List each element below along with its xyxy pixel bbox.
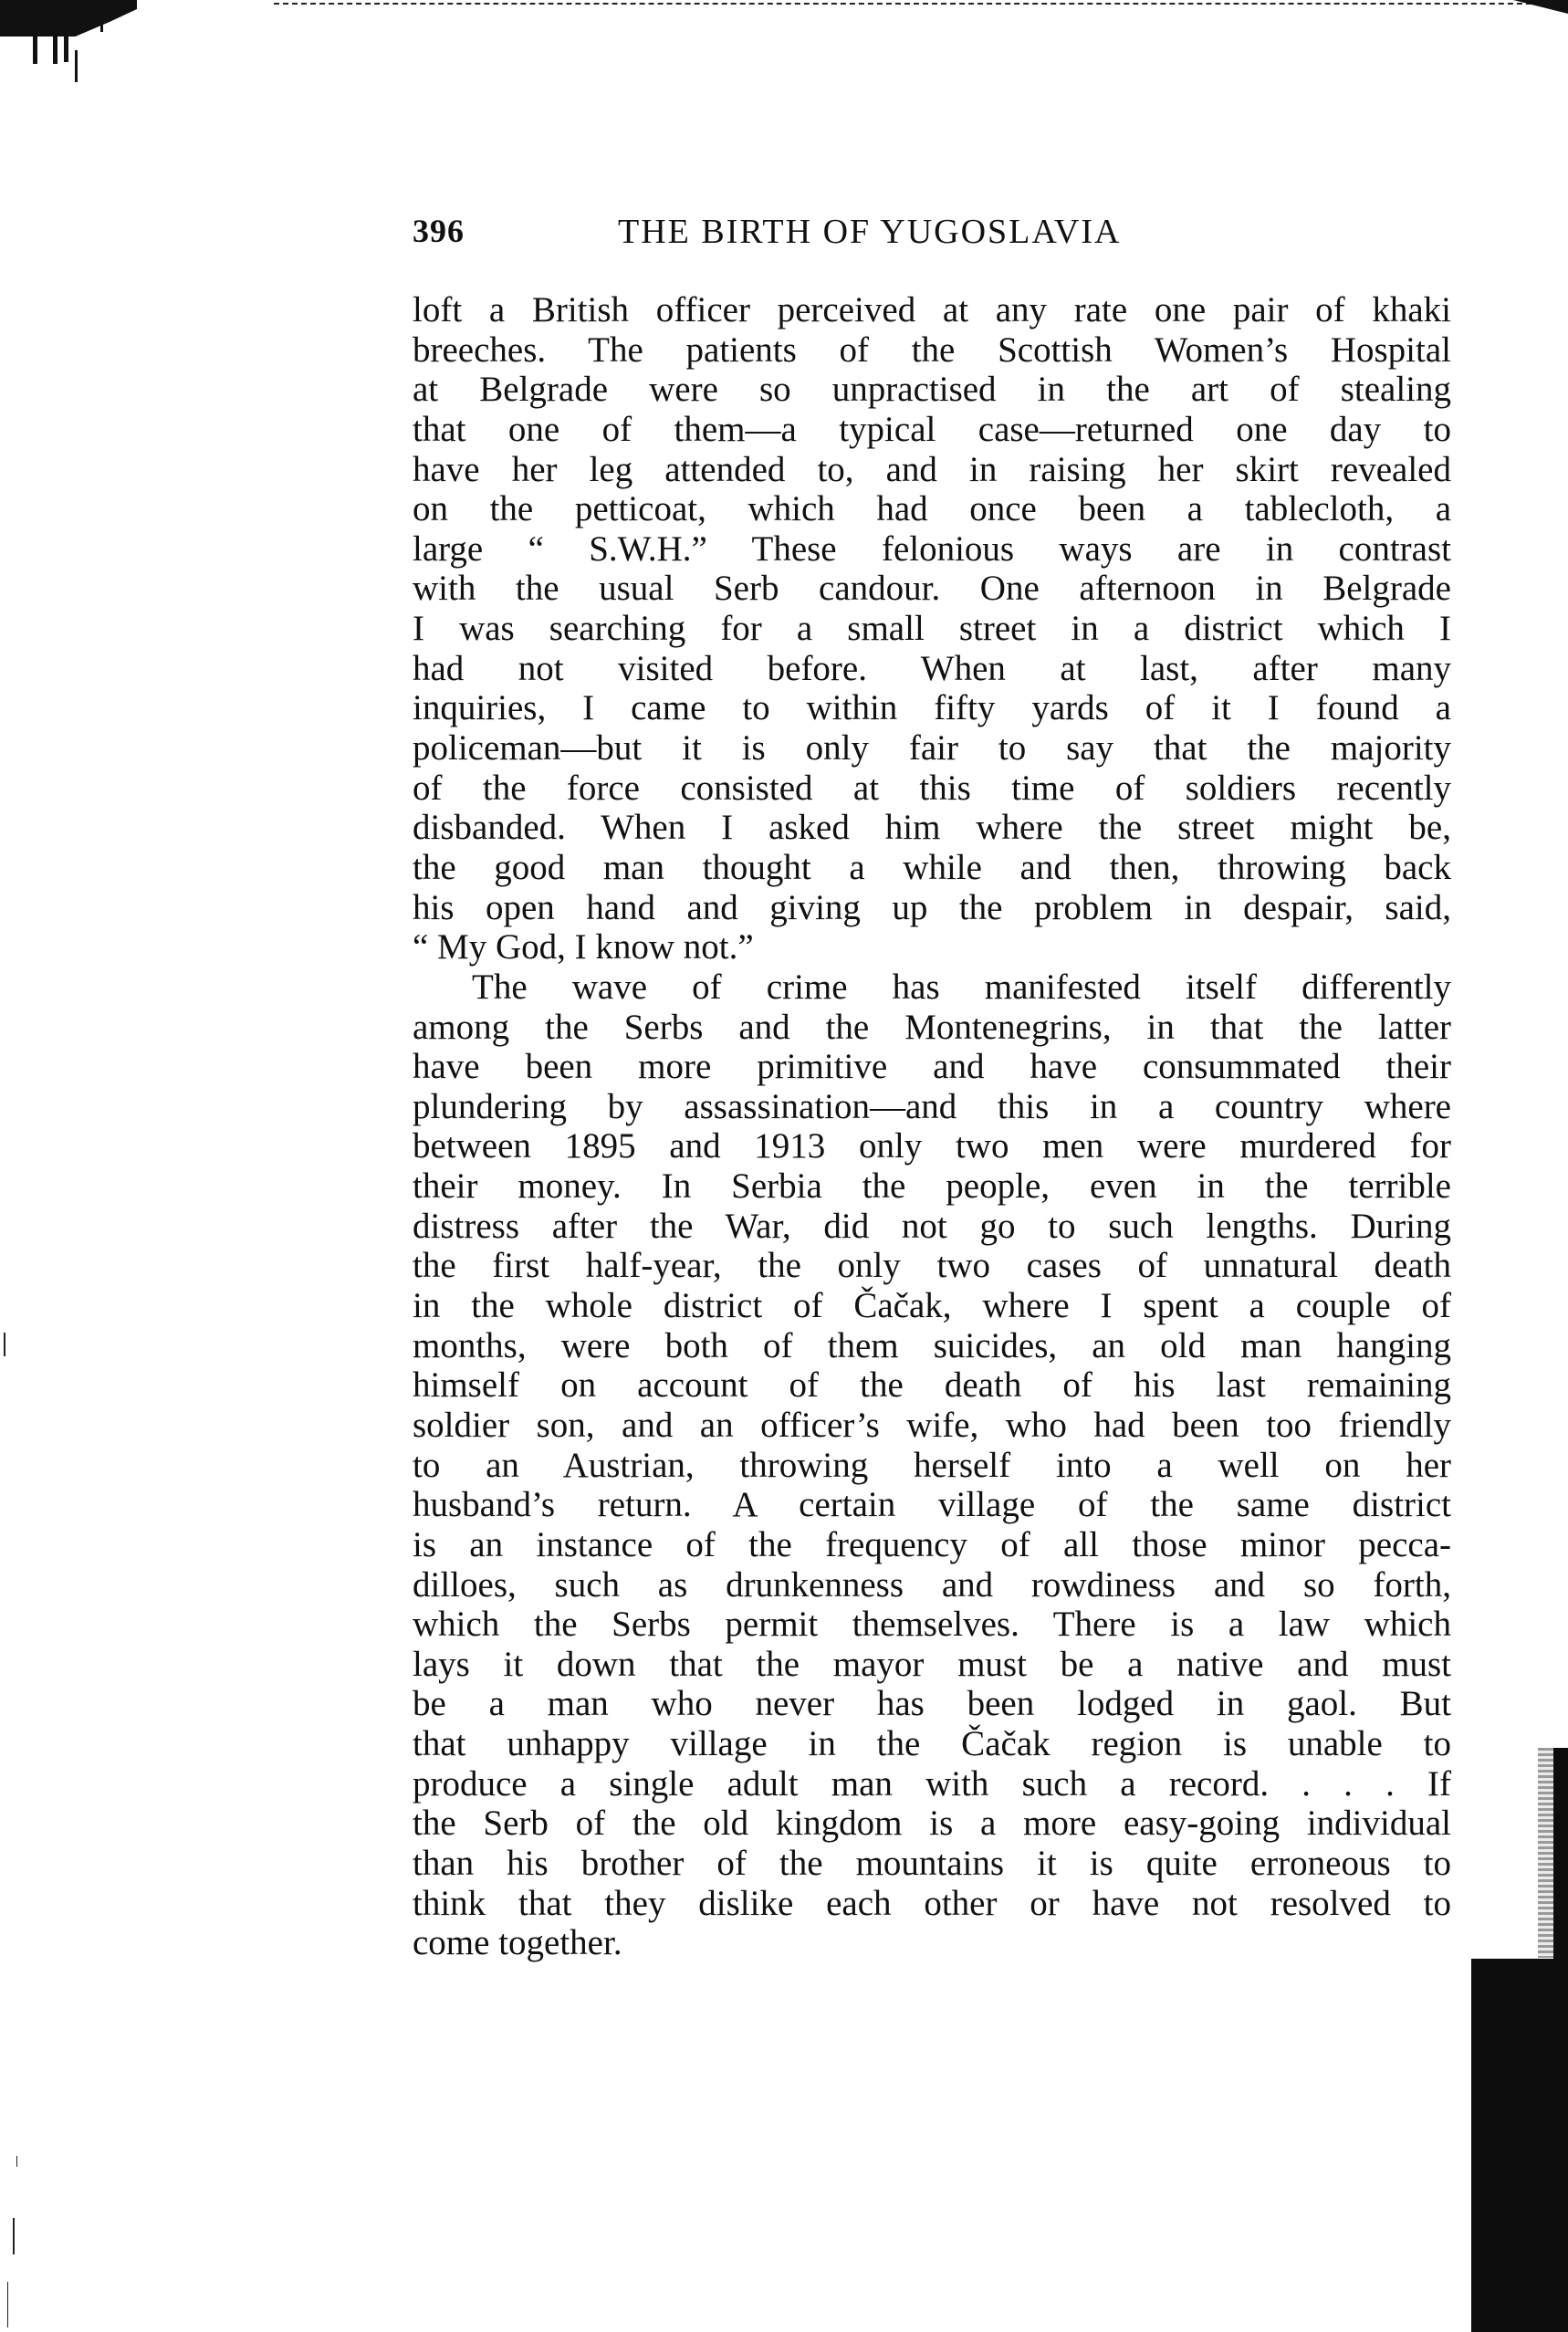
text-line: disbanded. When I asked him where the st… xyxy=(413,808,1451,848)
text-line: at Belgrade were so unpractised in the a… xyxy=(413,370,1451,410)
paragraph: The wave of crime has manifested itself … xyxy=(413,967,1451,1963)
text-line: large “ S.W.H.” These felonious ways are… xyxy=(413,529,1451,570)
text-line: loft a British officer perceived at any … xyxy=(413,290,1451,330)
scan-margin-mark xyxy=(13,2218,15,2254)
text-line: dilloes, such as drunkenness and rowdine… xyxy=(413,1565,1451,1605)
scan-top-border xyxy=(274,3,1568,5)
scan-corner-shadow xyxy=(0,0,137,37)
text-line: be a man who never has been lodged in ga… xyxy=(413,1684,1451,1724)
text-line: of the force consisted at this time of s… xyxy=(413,769,1451,809)
text-line: that one of them—a typical case—returned… xyxy=(413,410,1451,450)
text-line: soldier son, and an officer’s wife, who … xyxy=(413,1406,1451,1446)
text-line: have her leg attended to, and in raising… xyxy=(413,450,1451,490)
text-line: had not visited before. When at last, af… xyxy=(413,649,1451,689)
text-line: their money. In Serbia the people, even … xyxy=(413,1166,1451,1207)
text-line: is an instance of the frequency of all t… xyxy=(413,1525,1451,1565)
text-line: have been more primitive and have consum… xyxy=(413,1047,1451,1087)
body-text: loft a British officer perceived at any … xyxy=(413,290,1451,1963)
text-line: his open hand and giving up the problem … xyxy=(413,888,1451,928)
text-line: among the Serbs and the Montenegrins, in… xyxy=(413,1008,1451,1048)
scan-margin-mark xyxy=(16,2156,17,2167)
running-title: THE BIRTH OF YUGOSLAVIA xyxy=(618,212,1121,252)
text-line: come together. xyxy=(413,1923,1451,1963)
text-line: on the petticoat, which had once been a … xyxy=(413,489,1451,529)
text-line: in the whole district of Čačak, where I … xyxy=(413,1286,1451,1326)
scan-corner-shadow xyxy=(1513,0,1568,14)
text-line: the good man thought a while and then, t… xyxy=(413,848,1451,888)
scan-ink-mark xyxy=(75,50,78,82)
text-line: to an Austrian, throwing herself into a … xyxy=(413,1446,1451,1486)
text-line: plundering by assassination—and this in … xyxy=(413,1087,1451,1127)
text-line: which the Serbs permit themselves. There… xyxy=(413,1605,1451,1645)
page-number: 396 xyxy=(413,212,465,250)
text-line: breeches. The patients of the Scottish W… xyxy=(413,330,1451,371)
running-head: 396 THE BIRTH OF YUGOSLAVIA xyxy=(413,212,1451,257)
text-line: the first half-year, the only two cases … xyxy=(413,1246,1451,1286)
text-line: that unhappy village in the Čačak region… xyxy=(413,1724,1451,1764)
text-line: distress after the War, did not go to su… xyxy=(413,1207,1451,1247)
scan-margin-mark xyxy=(4,1333,5,1356)
text-line: than his brother of the mountains it is … xyxy=(413,1844,1451,1884)
text-line: I was searching for a small street in a … xyxy=(413,609,1451,649)
scan-edge-shadow xyxy=(1471,1959,1568,2332)
text-line: months, were both of them suicides, an o… xyxy=(413,1326,1451,1366)
text-line: husband’s return. A certain village of t… xyxy=(413,1485,1451,1525)
text-line: produce a single adult man with such a r… xyxy=(413,1764,1451,1804)
text-line: between 1895 and 1913 only two men were … xyxy=(413,1126,1451,1166)
scan-edge-speckle xyxy=(1538,1748,1554,1958)
text-line: the Serb of the old kingdom is a more ea… xyxy=(413,1804,1451,1844)
text-line: The wave of crime has manifested itself … xyxy=(413,967,1451,1008)
text-line: lays it down that the mayor must be a na… xyxy=(413,1645,1451,1685)
scan-ink-mark xyxy=(53,23,57,64)
scan-ink-mark xyxy=(33,27,37,64)
text-line: policeman—but it is only fair to say tha… xyxy=(413,728,1451,769)
scan-margin-mark xyxy=(7,2282,8,2327)
text-line: think that they dislike each other or ha… xyxy=(413,1884,1451,1924)
text-line: inquiries, I came to within fifty yards … xyxy=(413,688,1451,728)
text-line: with the usual Serb candour. One afterno… xyxy=(413,569,1451,609)
paragraph: loft a British officer perceived at any … xyxy=(413,290,1451,967)
text-line: himself on account of the death of his l… xyxy=(413,1365,1451,1406)
scan-ink-mark xyxy=(64,26,68,62)
scan-ink-mark xyxy=(100,14,103,32)
text-line: “ My God, I know not.” xyxy=(413,927,1451,967)
